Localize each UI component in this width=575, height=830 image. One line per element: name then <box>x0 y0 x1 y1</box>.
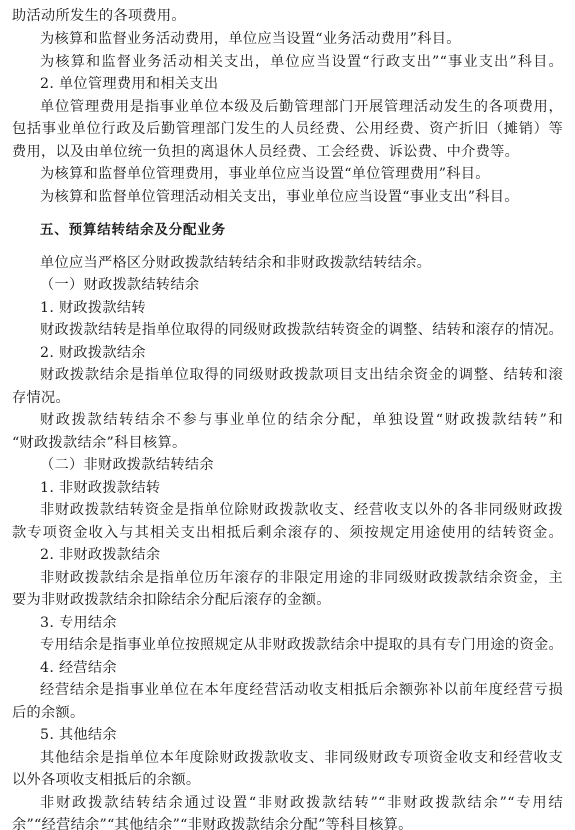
subsection-heading: 2. 财政拨款结余 <box>40 342 563 364</box>
subsection-heading: 1. 非财政拨款结转 <box>40 477 563 499</box>
text-line: 财政拨款结余是指单位取得的同级财政拨款项目支出结余资金的调整、结转和滚 <box>40 364 563 386</box>
text-line: 包括事业单位行政及后勤管理部门发生的人员经费、公用经费、资产折旧（摊销）等 <box>12 118 563 140</box>
text-line: 存情况。 <box>12 387 563 409</box>
subsection-heading: 1. 财政拨款结转 <box>40 297 563 319</box>
subsection-heading: 5. 其他结余 <box>40 724 563 746</box>
text-line: 财政拨款结转结余不参与事业单位的结余分配，单独设置“财政拨款结转”和 <box>40 409 563 431</box>
text-line: 要为非财政拨款结余扣除结余分配后滚存的金额。 <box>12 589 563 611</box>
subsection-heading: 3. 专用结余 <box>40 612 563 634</box>
text-line: 非财政拨款结余是指单位历年滚存的非限定用途的非同级财政拨款结余资金，主 <box>40 567 563 589</box>
text-line: 后的余额。 <box>12 702 563 724</box>
text-line: 为核算和监督业务活动费用，单位应当设置“业务活动费用”科目。 <box>40 28 563 50</box>
text-line: 为核算和监督业务活动相关支出，单位应当设置“行政支出”“事业支出”科目。 <box>40 51 563 73</box>
text-line: 为核算和监督单位管理费用，事业单位应当设置“单位管理费用”科目。 <box>40 163 563 185</box>
text-line: 单位应当严格区分财政拨款结转结余和非财政拨款结转结余。 <box>40 252 563 274</box>
text-line: 经营结余是指事业单位在本年度经营活动收支相抵后余额弥补以前年度经营亏损 <box>40 679 563 701</box>
text-line: 以外各项收支相抵后的余额。 <box>12 769 563 791</box>
text-line: 助活动所发生的各项费用。 <box>12 5 563 27</box>
text-line: 非财政拨款结转结余通过设置“非财政拨款结转”“非财政拨款结余”“专用结 <box>40 792 563 814</box>
text-line: 其他结余是指单位本年度除财政拨款收支、非同级财政专项资金收支和经营收支 <box>40 747 563 769</box>
subsection-heading: （二）非财政拨款结转结余 <box>40 454 563 476</box>
text-line: 为核算和监督单位管理活动相关支出，事业单位应当设置“事业支出”科目。 <box>40 186 563 208</box>
text-line: 单位管理费用是指事业单位本级及后勤管理部门开展管理活动发生的各项费用， <box>40 96 563 118</box>
text-line: 专用结余是指事业单位按照规定从非财政拨款结余中提取的具有专门用途的资金。 <box>40 634 563 656</box>
text-line: 余”“经营结余”“其他结余”“非财政拨款结余分配”等科目核算。 <box>12 814 563 830</box>
subsection-heading: （一）财政拨款结转结余 <box>40 274 563 296</box>
text-line: 费用，以及由单位统一负担的离退休人员经费、工会经费、诉讼费、中介费等。 <box>12 141 563 163</box>
text-line: 款专项资金收入与其相关支出相抵后剩余滚存的、须按规定用途使用的结转资金。 <box>12 522 563 544</box>
text-line: 财政拨款结转是指单位取得的同级财政拨款结转资金的调整、结转和滚存的情况。 <box>40 319 563 341</box>
section-heading: 五、预算结转结余及分配业务 <box>40 219 563 241</box>
subsection-heading: 4. 经营结余 <box>40 657 563 679</box>
text-line: “财政拨款结余”科目核算。 <box>12 432 563 454</box>
document-page: 助活动所发生的各项费用。 为核算和监督业务活动费用，单位应当设置“业务活动费用”… <box>0 0 575 830</box>
subsection-heading: 2. 单位管理费用和相关支出 <box>40 73 563 95</box>
subsection-heading: 2. 非财政拨款结余 <box>40 544 563 566</box>
text-line: 非财政拨款结转资金是指单位除财政拨款收支、经营收支以外的各非同级财政拨 <box>40 499 563 521</box>
